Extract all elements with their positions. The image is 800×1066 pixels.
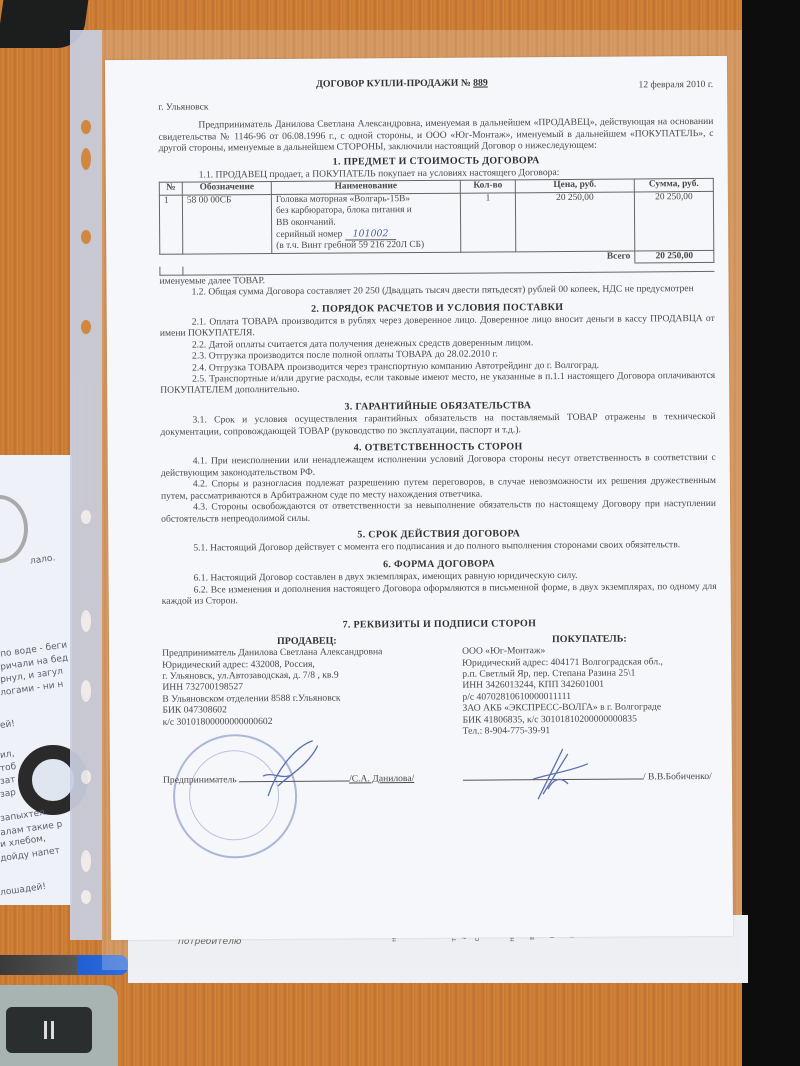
col-header-code: Обозначение bbox=[182, 182, 271, 195]
flyer-text: ей! bbox=[0, 719, 16, 731]
flyer-text: лало. bbox=[29, 553, 56, 566]
col-header-num: № bbox=[159, 183, 182, 196]
contract-content: ДОГОВОР КУПЛИ-ПРОДАЖИ № 889 12 февраля 2… bbox=[158, 76, 718, 807]
sleeve-punch-strip bbox=[70, 30, 102, 940]
seller-signature-label: Предприниматель bbox=[163, 774, 237, 786]
col-header-qty: Кол-во bbox=[460, 180, 515, 193]
clause-6-2: 6.2. Все изменения и дополнения настояще… bbox=[162, 580, 717, 607]
seller-signature-name: /С.А. Данилова/ bbox=[349, 773, 414, 784]
contract-page: ДОГОВОР КУПЛИ-ПРОДАЖИ № 889 12 февраля 2… bbox=[105, 56, 733, 940]
cell-code: 58 00 00СБ bbox=[182, 194, 271, 254]
col-header-sum: Сумма, руб. bbox=[634, 179, 713, 192]
flyer-text: зар bbox=[0, 788, 17, 800]
table-row: 1 58 00 00СБ Головка моторная «Волгарь-1… bbox=[159, 191, 713, 254]
signature-block: ПРОДАВЕЦ: Предприниматель Данилова Светл… bbox=[162, 633, 718, 807]
seller-details: ПРОДАВЕЦ: Предприниматель Данилова Светл… bbox=[162, 635, 443, 728]
contract-city: г. Ульяновск bbox=[158, 98, 713, 113]
cell-name: Головка моторная «Волгарь-15В» без карбю… bbox=[271, 193, 460, 253]
clause-1-2: 1.2. Общая сумма Договора составляет 20 … bbox=[160, 283, 715, 298]
buyer-signature-name: / В.В.Бобиченко/ bbox=[643, 771, 712, 782]
section-7-heading: 7. РЕКВИЗИТЫ И ПОДПИСИ СТОРОН bbox=[162, 617, 717, 632]
ring-graphic bbox=[0, 495, 28, 563]
flyer-text: ил, bbox=[0, 749, 15, 761]
serial-handwritten: 101002 bbox=[345, 228, 397, 240]
cell-price: 20 250,00 bbox=[515, 192, 634, 252]
clause-2-5: 2.5. Транспортные и/или другие расходы, … bbox=[160, 370, 715, 397]
contract-number: 889 bbox=[473, 78, 488, 89]
total-value: 20 250,00 bbox=[635, 250, 714, 263]
goods-table: № Обозначение Наименование Кол-во Цена, … bbox=[159, 178, 715, 275]
clause-3-1: 3.1. Срок и условия осуществления гарант… bbox=[160, 411, 715, 438]
buyer-details: ПОКУПАТЕЛЬ: ООО «Юг-Монтаж» Юридический … bbox=[462, 633, 723, 737]
device-button bbox=[6, 1007, 92, 1053]
name-note: (в т.ч. Винт гребной 59 216 220Л СБ) bbox=[276, 240, 456, 253]
flyer-text: запыхтел bbox=[0, 808, 46, 824]
buyer-line: Тел.: 8-904-775-39-91 bbox=[463, 724, 723, 737]
seller-signature-scribble bbox=[258, 735, 328, 805]
contract-title: ДОГОВОР КУПЛИ-ПРОДАЖИ № 889 bbox=[316, 78, 488, 91]
col-header-price: Цена, руб. bbox=[515, 179, 634, 192]
serial-label: серийный номер bbox=[276, 230, 342, 240]
flyer-text: тоб bbox=[0, 762, 17, 774]
cell-qty: 1 bbox=[460, 193, 515, 252]
buyer-signature-scribble bbox=[523, 744, 593, 804]
cell-sum: 20 250,00 bbox=[634, 191, 713, 251]
cell-num: 1 bbox=[159, 195, 182, 254]
preamble: Предприниматель Данилова Светлана Алекса… bbox=[158, 116, 713, 154]
dark-edge-right bbox=[742, 0, 800, 1066]
contract-date: 12 февраля 2010 г. bbox=[639, 79, 714, 91]
background-flyer: лало. по воде - беги ричали на бед рнул,… bbox=[0, 455, 72, 905]
contract-title-prefix: ДОГОВОР КУПЛИ-ПРОДАЖИ № bbox=[316, 78, 471, 90]
electronic-device bbox=[0, 985, 118, 1066]
clause-4-3: 4.3. Стороны освобождаются от ответствен… bbox=[161, 498, 716, 525]
seller-line: к/с 30101800000000000602 bbox=[163, 714, 443, 727]
flyer-text: лошадей! bbox=[0, 882, 47, 898]
flyer-text: зат bbox=[0, 775, 16, 787]
